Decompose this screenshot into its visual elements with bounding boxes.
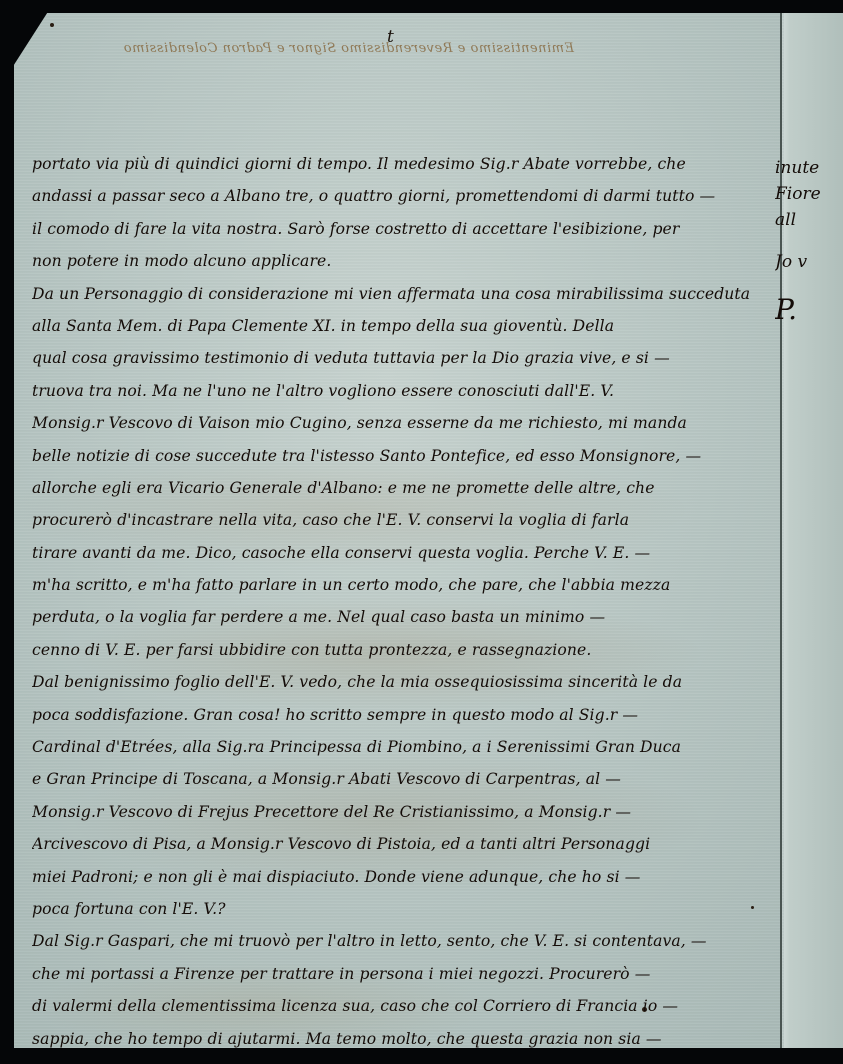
fragment-text: inute xyxy=(775,155,835,181)
text-line: tirare avanti da me. Dico, casoche ella … xyxy=(32,537,772,569)
text-line: portato via più di quindici giorni di te… xyxy=(32,148,772,180)
text-line: perduta, o la voglia far perdere a me. N… xyxy=(32,601,772,633)
fragment-text: all xyxy=(775,207,835,233)
paragraph-start-line: Monsig.r Vescovo di Vaison mio Cugino, s… xyxy=(32,407,772,439)
text-line: il comodo di fare la vita nostra. Sarò f… xyxy=(32,213,772,245)
fragment-text: Jo v xyxy=(775,249,835,275)
letter-body: portato via più di quindici giorni di te… xyxy=(32,148,772,1055)
text-line: miei Padroni; e non gli è mai dispiaciut… xyxy=(32,861,772,893)
ink-spot xyxy=(50,23,54,27)
paragraph-start-line: Da un Personaggio di considerazione mi v… xyxy=(32,278,772,310)
mirrored-header-note: Eminentissimo e Reverendissimo Signor e … xyxy=(194,41,574,56)
text-line: Monsig.r Vescovo di Frejus Precettore de… xyxy=(32,796,772,828)
text-line: cenno di V. E. per farsi ubbidire con tu… xyxy=(32,634,772,666)
paragraph-start-line: Dal benignissimo foglio dell'E. V. vedo,… xyxy=(32,666,772,698)
text-line: qual cosa gravissimo testimonio di vedut… xyxy=(32,342,772,374)
adjacent-page-fragments: inute Fiore all Jo v P. xyxy=(775,155,835,335)
fragment-text: Fiore xyxy=(775,181,835,207)
text-line: truova tra noi. Ma ne l'uno ne l'altro v… xyxy=(32,375,772,407)
text-line: allorche egli era Vicario Generale d'Alb… xyxy=(32,472,772,504)
text-line: di valermi della clementissima licenza s… xyxy=(32,990,772,1022)
text-line: alla Santa Mem. di Papa Clemente XI. in … xyxy=(32,310,772,342)
text-line: m'ha scritto, e m'ha fatto parlare in un… xyxy=(32,569,772,601)
text-line: sappia, che ho tempo di ajutarmi. Ma tem… xyxy=(32,1023,772,1055)
text-line: che mi portassi a Firenze per trattare i… xyxy=(32,958,772,990)
text-line: Arcivescovo di Pisa, a Monsig.r Vescovo … xyxy=(32,828,772,860)
text-line: e Gran Principe di Toscana, a Monsig.r A… xyxy=(32,763,772,795)
text-line: Cardinal d'Etrées, alla Sig.ra Principes… xyxy=(32,731,772,763)
text-line: procurerò d'incastrare nella vita, caso … xyxy=(32,504,772,536)
text-line: poca soddisfazione. Gran cosa! ho scritt… xyxy=(32,699,772,731)
fragment-initial: P. xyxy=(775,285,835,335)
paragraph-start-line: Dal Sig.r Gaspari, che mi truovò per l'a… xyxy=(32,925,772,957)
text-line: non potere in modo alcuno applicare. xyxy=(32,245,772,277)
text-line: andassi a passar seco a Albano tre, o qu… xyxy=(32,180,772,212)
text-line: belle notizie di cose succedute tra l'is… xyxy=(32,440,772,472)
text-line: poca fortuna con l'E. V.? xyxy=(32,893,772,925)
